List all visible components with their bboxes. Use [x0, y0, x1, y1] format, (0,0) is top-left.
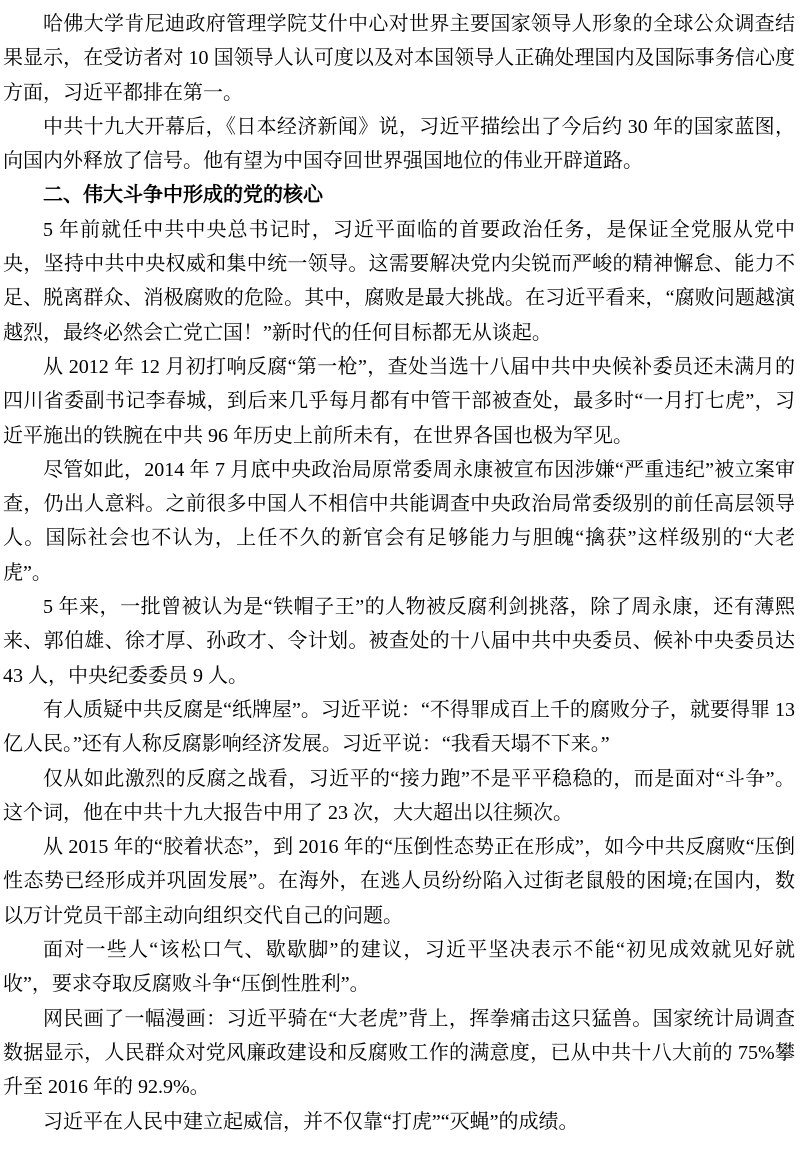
paragraph-zhou-yongkang-case: 尽管如此，2014 年 7 月底中央政治局原常委周永康被宣布因涉嫌“严重违纪”被… — [3, 453, 795, 590]
paragraph-political-task: 5 年前就任中共中央总书记时，习近平面临的首要政治任务，是保证全党服从党中央，坚… — [3, 213, 795, 350]
paragraph-prestige-closing: 习近平在人民中建立起威信，并不仅靠“打虎”“灭蝇”的成绩。 — [3, 1105, 795, 1139]
paragraph-cartoon-satisfaction: 网民画了一幅漫画：习近平骑在“大老虎”背上，挥拳痛击这只猛兽。国家统计局调查数据… — [3, 1002, 795, 1105]
paragraph-overwhelming-momentum: 从 2015 年的“胶着状态”，到 2016 年的“压倒性态势正在形成”，如今中… — [3, 830, 795, 933]
paragraph-harvard-survey: 哈佛大学肯尼迪政府管理学院艾什中心对世界主要国家领导人形象的全球公众调查结果显示… — [3, 7, 795, 110]
paragraph-relay-race-struggle: 仅从如此激烈的反腐之战看，习近平的“接力跑”不是平平稳稳的，而是面对“斗争”。这… — [3, 762, 795, 831]
paragraph-iron-cap-princes: 5 年来，一批曾被认为是“铁帽子王”的人物被反腐利剑挑落，除了周永康，还有薄熙来… — [3, 590, 795, 693]
document-body: 哈佛大学肯尼迪政府管理学院艾什中心对世界主要国家领导人形象的全球公众调查结果显示… — [3, 7, 795, 1139]
document-page: { "page": { "background": "#ffffff", "te… — [0, 0, 800, 1151]
paragraph-nikkei-blueprint: 中共十九大开幕后，《日本经济新闻》说，习近平描绘出了今后约 30 年的国家蓝图，… — [3, 110, 795, 179]
paragraph-no-early-stop: 面对一些人“该松口气、歇歇脚”的建议，习近平坚决表示不能“初见成效就见好就收”，… — [3, 933, 795, 1002]
paragraph-first-shot-2012: 从 2012 年 12 月初打响反腐“第一枪”，查处当选十八届中共中央候补委员还… — [3, 350, 795, 453]
section-heading: 二、伟大斗争中形成的党的核心 — [3, 178, 795, 212]
paragraph-house-of-cards: 有人质疑中共反腐是“纸牌屋”。习近平说：“不得罪成百上千的腐败分子，就要得罪 1… — [3, 693, 795, 762]
